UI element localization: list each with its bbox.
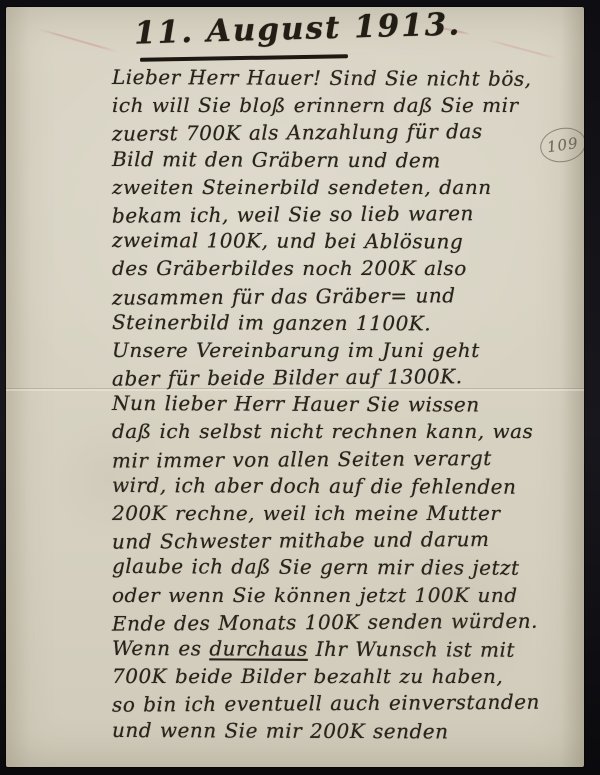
line-pre: Wenn es xyxy=(112,636,209,660)
letter-line-underlined: Wenn es durchaus Ihr Wunsch ist mit xyxy=(112,635,584,664)
letter-line: Ende des Monats 100K senden würden. xyxy=(112,607,584,637)
letter-line: zweiten Steinerbild sendeten, dann xyxy=(112,174,584,201)
letter-line: wird, ich aber doch auf die fehlenden xyxy=(112,472,584,501)
letter-line: oder wenn Sie können jetzt 100K und xyxy=(112,582,584,609)
letter-date: 11. August 1913. xyxy=(134,7,462,52)
letter-line: 700K beide Bilder bezahlt zu haben, xyxy=(112,663,584,690)
letter-line: daß ich selbst nicht rechnen kann, was xyxy=(112,418,584,445)
pink-pencil-mark xyxy=(38,28,119,53)
letter-page: 11. August 1913. 109 Lieber Herr Hauer! … xyxy=(6,7,584,767)
scan-background: 11. August 1913. 109 Lieber Herr Hauer! … xyxy=(0,0,600,775)
letter-line: des Gräberbildes noch 200K also xyxy=(112,255,584,282)
letter-line: Unsere Vereinbarung im Juni geht xyxy=(112,337,584,364)
letter-line: und wenn Sie mir 200K senden xyxy=(112,716,584,745)
letter-line: glaube ich daß Sie gern mir dies jetzt xyxy=(112,553,584,582)
date-underline xyxy=(140,54,348,62)
letter-line: 200K rechne, weil ich meine Mutter xyxy=(112,500,584,527)
letter-line: zuerst 700K als Anzahlung für das xyxy=(112,118,584,148)
letter-line: und Schwester mithabe und darum xyxy=(112,526,584,556)
pink-pencil-mark xyxy=(488,39,558,60)
line-post: Ihr Wunsch ist mit xyxy=(308,637,515,662)
underlined-word: durchaus xyxy=(209,636,308,660)
letter-line: so bin ich eventuell auch einverstanden xyxy=(112,689,584,719)
letter-line: Lieber Herr Hauer! Sind Sie nicht bös, xyxy=(112,64,584,93)
letter-line: Steinerbild im ganzen 1100K. xyxy=(112,309,584,338)
letter-line: mir immer von allen Seiten verargt xyxy=(112,444,584,474)
fold-crease xyxy=(6,388,584,391)
letter-line: zweimal 100K, und bei Ablösung xyxy=(112,227,584,256)
letter-line: Bild mit den Gräbern und dem xyxy=(112,146,584,175)
letter-line: Nun lieber Herr Hauer Sie wissen xyxy=(112,390,584,419)
letter-body: Lieber Herr Hauer! Sind Sie nicht bös, i… xyxy=(112,65,584,745)
letter-line: zusammen für das Gräber= und xyxy=(112,281,584,311)
letter-line: ich will Sie bloß erinnern daß Sie mir xyxy=(112,92,584,119)
letter-line: bekam ich, weil Sie so lieb waren xyxy=(112,199,584,229)
